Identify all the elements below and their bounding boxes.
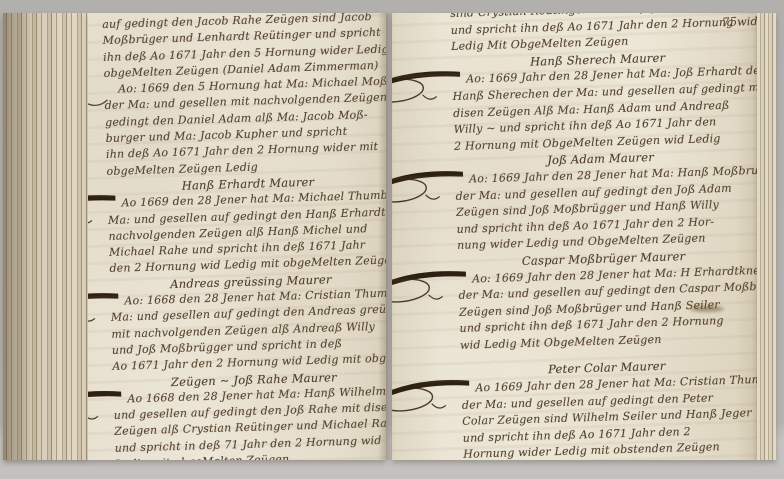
page-number: 75: [722, 14, 738, 29]
manuscript-photo: auf gedingt den Jacob Rahe Zeügen sind J…: [0, 0, 784, 479]
initial-flourish-icon: [392, 372, 472, 415]
right-page: sind Crystian Reütinger und Hanß Jeger ~…: [392, 13, 757, 460]
left-page: auf gedingt den Jacob Rahe Zeügen sind J…: [88, 13, 386, 460]
manuscript-line-text: Joß Adam Maurer: [547, 150, 654, 167]
manuscript-line-text: Peter Colar Maurer: [548, 359, 666, 376]
manuscript-line-text: obgeMelten Zeügen Ledig: [106, 160, 258, 177]
book-binding-edges: [3, 13, 88, 460]
right-page-edges: [757, 13, 776, 460]
left-page-text: auf gedingt den Jacob Rahe Zeügen sind J…: [102, 13, 386, 460]
book-gutter: [378, 13, 394, 460]
ink-smudge: [690, 306, 724, 312]
right-page-text: sind Crystian Reütinger und Hanß Jeger ~…: [450, 13, 755, 460]
